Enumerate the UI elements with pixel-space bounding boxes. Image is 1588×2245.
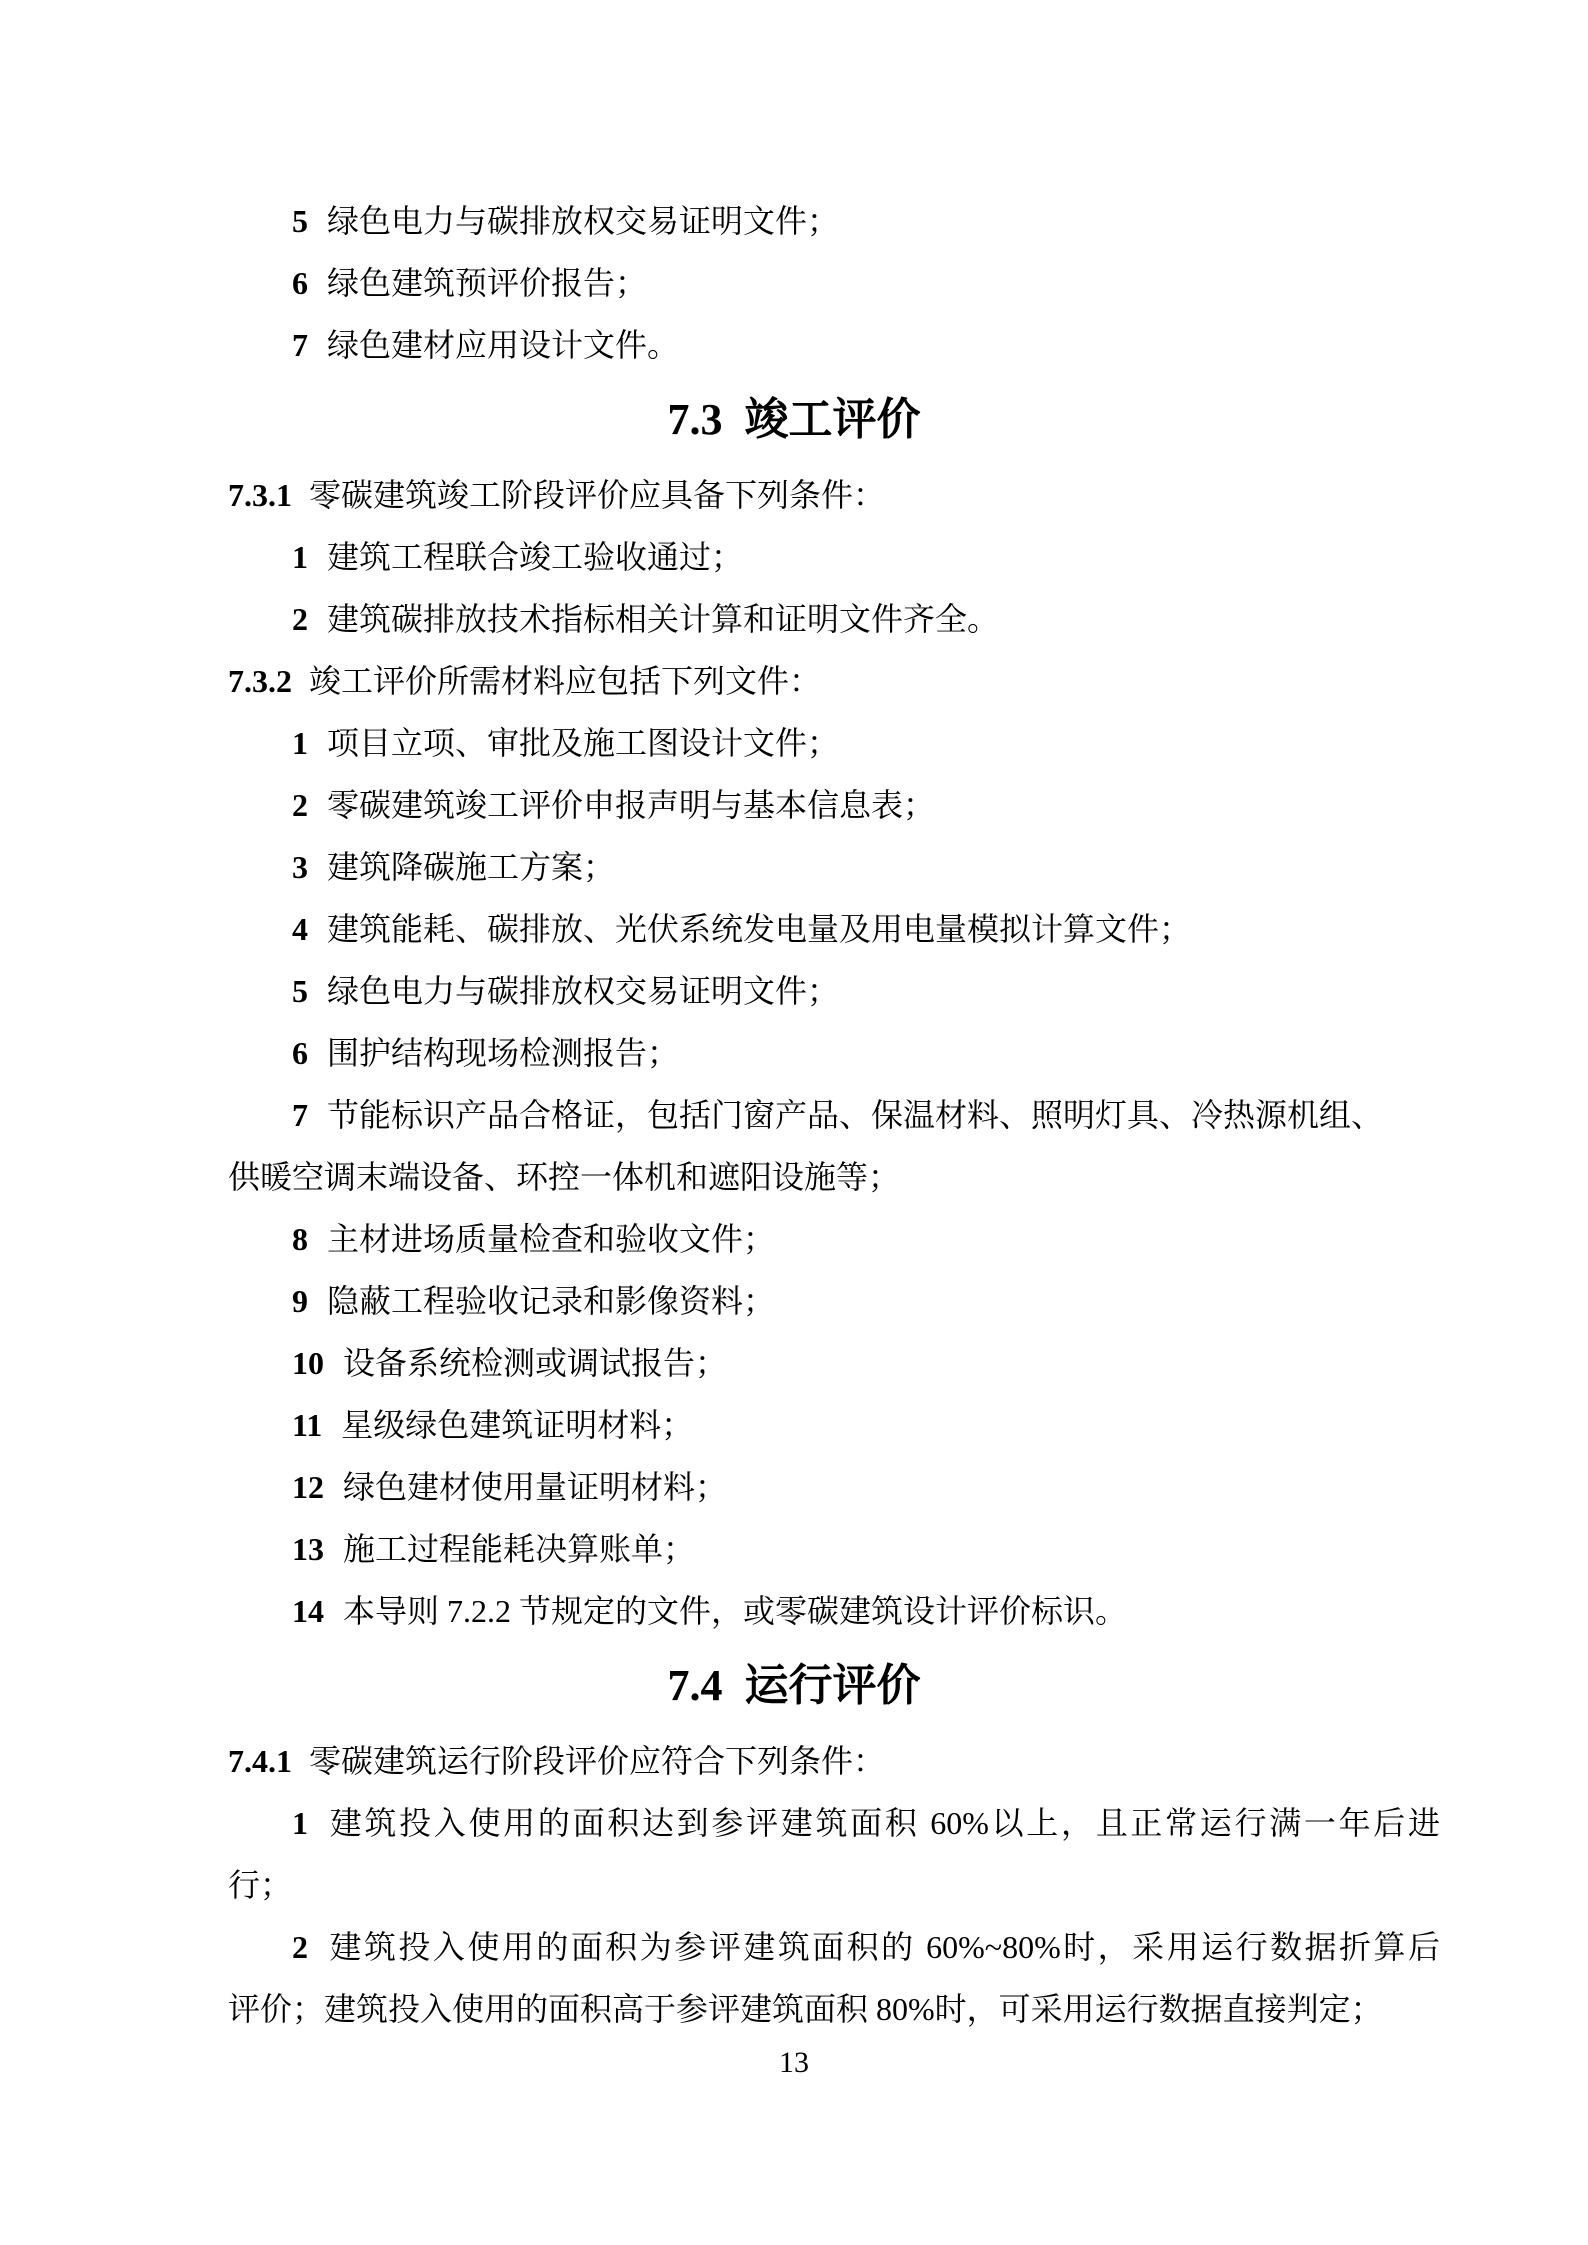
list-item: 5绿色电力与碳排放权交易证明文件； [228, 190, 1440, 252]
item-text: 节能标识产品合格证，包括门窗产品、保温材料、照明灯具、冷热源机组、 [327, 1097, 1383, 1133]
list-item: 2零碳建筑竣工评价申报声明与基本信息表； [228, 774, 1440, 836]
list-item: 4建筑能耗、碳排放、光伏系统发电量及用电量模拟计算文件； [228, 898, 1440, 960]
heading-title: 竣工评价 [745, 395, 921, 444]
item-text: 建筑降碳施工方案； [327, 849, 615, 885]
document-body: 5绿色电力与碳排放权交易证明文件； 6绿色建筑预评价报告； 7绿色建材应用设计文… [228, 190, 1440, 2040]
clause-number: 7.3.2 [228, 663, 292, 699]
list-item: 8主材进场质量检查和验收文件； [228, 1208, 1440, 1270]
list-item-continuation: 行； [228, 1854, 1440, 1916]
item-text: 设备系统检测或调试报告； [343, 1345, 727, 1381]
list-item: 12绿色建材使用量证明材料； [228, 1456, 1440, 1518]
item-text: 零碳建筑竣工评价申报声明与基本信息表； [327, 787, 935, 823]
clause-text: 竣工评价所需材料应包括下列文件： [309, 663, 821, 699]
list-item-continuation: 评价；建筑投入使用的面积高于参评建筑面积 80%时，可采用运行数据直接判定； [228, 1978, 1440, 2040]
item-text: 建筑投入使用的面积达到参评建筑面积 60%以上，且正常运行满一年后进 [327, 1805, 1440, 1841]
item-text: 围护结构现场检测报告； [327, 1035, 679, 1071]
item-text: 施工过程能耗决算账单； [343, 1531, 695, 1567]
item-number: 4 [292, 911, 308, 947]
clause-text: 零碳建筑运行阶段评价应符合下列条件： [309, 1743, 885, 1779]
list-item: 14本导则 7.2.2 节规定的文件，或零碳建筑设计评价标识。 [228, 1580, 1440, 1642]
item-number: 5 [292, 203, 308, 239]
list-item: 11星级绿色建筑证明材料； [228, 1394, 1440, 1456]
item-text: 绿色电力与碳排放权交易证明文件； [327, 973, 839, 1009]
item-text: 建筑投入使用的面积为参评建筑面积的 60%~80%时，采用运行数据折算后 [327, 1929, 1440, 1965]
item-text: 建筑能耗、碳排放、光伏系统发电量及用电量模拟计算文件； [327, 911, 1191, 947]
item-number: 5 [292, 973, 308, 1009]
item-number: 1 [292, 1805, 308, 1841]
item-number: 9 [292, 1283, 308, 1319]
clause-number: 7.4.1 [228, 1743, 292, 1779]
list-item: 1项目立项、审批及施工图设计文件； [228, 712, 1440, 774]
item-number: 12 [292, 1469, 324, 1505]
item-number: 2 [292, 1929, 308, 1965]
item-text: 绿色电力与碳排放权交易证明文件； [327, 203, 839, 239]
item-number: 1 [292, 725, 308, 761]
item-number: 6 [292, 265, 308, 301]
item-number: 8 [292, 1221, 308, 1257]
item-number: 14 [292, 1593, 324, 1629]
item-number: 6 [292, 1035, 308, 1071]
list-item: 5绿色电力与碳排放权交易证明文件； [228, 960, 1440, 1022]
list-item: 1建筑工程联合竣工验收通过； [228, 526, 1440, 588]
item-text: 本导则 7.2.2 节规定的文件，或零碳建筑设计评价标识。 [343, 1593, 1127, 1629]
page-number: 13 [0, 2048, 1588, 2078]
list-item: 13施工过程能耗决算账单； [228, 1518, 1440, 1580]
clause-number: 7.3.1 [228, 477, 292, 513]
item-text: 隐蔽工程验收记录和影像资料； [327, 1283, 775, 1319]
item-number: 13 [292, 1531, 324, 1567]
item-number: 2 [292, 787, 308, 823]
list-item: 3建筑降碳施工方案； [228, 836, 1440, 898]
list-item: 2建筑投入使用的面积为参评建筑面积的 60%~80%时，采用运行数据折算后 [228, 1916, 1440, 1978]
list-item: 9隐蔽工程验收记录和影像资料； [228, 1270, 1440, 1332]
heading-title: 运行评价 [745, 1661, 921, 1710]
item-number: 7 [292, 327, 308, 363]
clause-text: 零碳建筑竣工阶段评价应具备下列条件： [309, 477, 885, 513]
list-item: 10设备系统检测或调试报告； [228, 1332, 1440, 1394]
list-item: 2建筑碳排放技术指标相关计算和证明文件齐全。 [228, 588, 1440, 650]
item-text: 绿色建材应用设计文件。 [327, 327, 679, 363]
item-number: 2 [292, 601, 308, 637]
item-text: 星级绿色建筑证明材料； [341, 1407, 693, 1443]
clause-7-3-1: 7.3.1零碳建筑竣工阶段评价应具备下列条件： [228, 464, 1440, 526]
section-heading-7-4: 7.4运行评价 [0, 1642, 1588, 1730]
item-number: 1 [292, 539, 308, 575]
document-page: 5绿色电力与碳排放权交易证明文件； 6绿色建筑预评价报告； 7绿色建材应用设计文… [0, 0, 1588, 2245]
item-number: 10 [292, 1345, 324, 1381]
item-text: 绿色建材使用量证明材料； [343, 1469, 727, 1505]
list-item: 7绿色建材应用设计文件。 [228, 314, 1440, 376]
item-text: 建筑碳排放技术指标相关计算和证明文件齐全。 [327, 601, 999, 637]
item-text: 项目立项、审批及施工图设计文件； [327, 725, 839, 761]
item-text: 主材进场质量检查和验收文件； [327, 1221, 775, 1257]
list-item: 6围护结构现场检测报告； [228, 1022, 1440, 1084]
item-number: 7 [292, 1097, 308, 1133]
item-text: 建筑工程联合竣工验收通过； [327, 539, 743, 575]
clause-7-4-1: 7.4.1零碳建筑运行阶段评价应符合下列条件： [228, 1730, 1440, 1792]
list-item-continuation: 供暖空调末端设备、环控一体机和遮阳设施等； [228, 1146, 1440, 1208]
list-item: 1建筑投入使用的面积达到参评建筑面积 60%以上，且正常运行满一年后进 [228, 1792, 1440, 1854]
item-number: 11 [292, 1407, 322, 1443]
item-text: 绿色建筑预评价报告； [327, 265, 647, 301]
heading-number: 7.3 [668, 395, 723, 444]
heading-number: 7.4 [668, 1661, 723, 1710]
clause-7-3-2: 7.3.2竣工评价所需材料应包括下列文件： [228, 650, 1440, 712]
item-number: 3 [292, 849, 308, 885]
list-item: 6绿色建筑预评价报告； [228, 252, 1440, 314]
section-heading-7-3: 7.3竣工评价 [0, 376, 1588, 464]
list-item: 7节能标识产品合格证，包括门窗产品、保温材料、照明灯具、冷热源机组、 [228, 1084, 1440, 1146]
